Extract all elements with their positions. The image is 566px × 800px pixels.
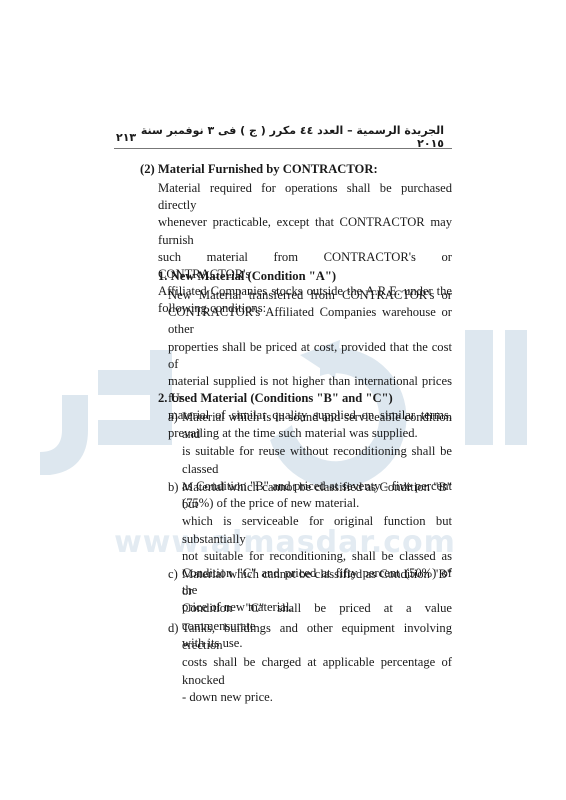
text-line: not suitable for reconditioning, shall b… <box>182 548 452 565</box>
text-line: New Material transferred from CONTRACTOR… <box>168 287 452 304</box>
header-divider <box>114 148 452 149</box>
subitem-a-marker: a) <box>168 409 178 426</box>
subitem-d-marker: d) <box>168 620 179 637</box>
text-line: Tanks, buildings and other equipment inv… <box>182 620 452 654</box>
subitem-b-marker: b) <box>168 479 179 496</box>
item-1-heading: 1. New Material (Condition "A") <box>158 268 336 285</box>
header-title: الجريدة الرسمية – العدد ٤٤ مكرر ( ج ) فى… <box>136 124 444 150</box>
text-line: whenever practicable, except that CONTRA… <box>158 214 452 248</box>
subitem-c-marker: c) <box>168 566 178 583</box>
subitem-d-paragraph: Tanks, buildings and other equipment inv… <box>182 620 452 706</box>
text-line: Material which cannot be classified as C… <box>182 566 452 600</box>
text-line: - down new price. <box>182 689 452 706</box>
text-line: Material required for operations shall b… <box>158 180 452 214</box>
text-line: CONTRACTOR's Affiliated Companies wareho… <box>168 304 452 338</box>
page-number: ٢١٣ <box>116 131 136 144</box>
text-line: Material which is in sound and serviceab… <box>182 409 452 443</box>
text-line: is suitable for reuse without reconditio… <box>182 443 452 477</box>
text-line: Material which cannot be classified as C… <box>182 479 452 513</box>
text-line: which is serviceable for original functi… <box>182 513 452 547</box>
page-header: الجريدة الرسمية – العدد ٤٤ مكرر ( ج ) فى… <box>116 127 444 147</box>
section-heading: (2) Material Furnished by CONTRACTOR: <box>140 161 378 178</box>
item-2-heading: 2. Used Material (Conditions "B" and "C"… <box>158 390 393 407</box>
text-line: properties shall be priced at cost, prov… <box>168 339 452 373</box>
text-line: costs shall be charged at applicable per… <box>182 654 452 688</box>
